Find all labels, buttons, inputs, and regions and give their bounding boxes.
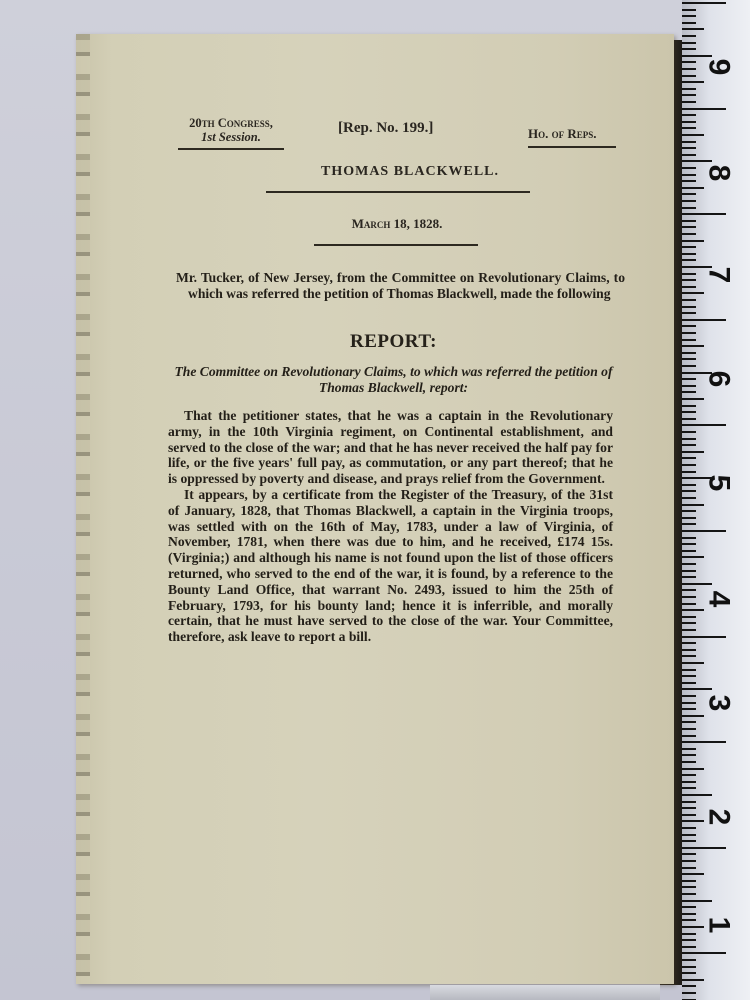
ruler-tick: [682, 748, 696, 750]
ruler-tick: [682, 794, 712, 796]
congress-session-label: 20th Congress, 1st Session.: [176, 116, 286, 144]
ruler-tick: [682, 543, 696, 545]
ruler-tick: [682, 603, 696, 605]
ruler-tick: [682, 814, 696, 816]
ruler-tick: [682, 636, 726, 638]
ruler-tick: [682, 787, 696, 789]
ruler-tick: [682, 325, 696, 327]
ruler-tick: [682, 273, 696, 275]
ruler-tick: [682, 834, 696, 836]
paragraph-petition: That the petitioner states, that he was …: [168, 408, 613, 487]
ruler-tick: [682, 55, 712, 57]
ruler-tick: [682, 735, 696, 737]
ruler-tick: [682, 695, 696, 697]
ruler-tick: [682, 985, 696, 987]
ruler-tick: [682, 286, 696, 288]
ruler-tick: [682, 266, 712, 268]
ruler-tick: [682, 900, 712, 902]
ruler-tick: [682, 94, 696, 96]
ruler-tick: [682, 451, 704, 453]
ruler-tick: [682, 715, 704, 717]
ruler-tick: [682, 457, 696, 459]
ruler-tick: [682, 880, 696, 882]
ruler-tick: [682, 609, 704, 611]
ruler-tick: [682, 207, 696, 209]
ruler-tick: [682, 649, 696, 651]
ruler-tick: [682, 893, 696, 895]
ruler-tick: [682, 299, 696, 301]
report-subheading: The Committee on Revolutionary Claims, t…: [172, 364, 615, 396]
ruler-tick: [682, 946, 696, 948]
house-label: Ho. of Reps.: [528, 126, 597, 142]
ruler-tick: [682, 477, 712, 479]
ruler-tick: [682, 490, 696, 492]
ruler-tick: [682, 873, 704, 875]
ruler-tick: [682, 669, 696, 671]
ruler-tick: [682, 807, 696, 809]
ruler-tick: [682, 365, 696, 367]
ruler-tick: [682, 9, 696, 11]
ruler-tick: [682, 820, 704, 822]
ruler-tick: [682, 682, 696, 684]
ruler-tick: [682, 563, 696, 565]
report-heading: REPORT:: [350, 331, 437, 353]
ruler-tick: [682, 345, 704, 347]
ruler-tick: [682, 352, 696, 354]
ruler-tick: [682, 959, 696, 961]
ruler-tick: [682, 418, 696, 420]
stand-base: [430, 985, 660, 1000]
ruler-label-8: 8: [701, 165, 735, 182]
header-left-rule: [178, 148, 284, 150]
ruler-tick: [682, 358, 696, 360]
ruler-tick: [682, 431, 696, 433]
ruler-label-2: 2: [701, 809, 735, 826]
ruler-tick: [682, 438, 696, 440]
ruler-tick: [682, 919, 696, 921]
ruler-tick: [682, 484, 696, 486]
ruler-tick: [682, 424, 726, 426]
ruler-label-7: 7: [701, 267, 735, 284]
ruler-tick: [682, 48, 696, 50]
ruler-tick: [682, 141, 696, 143]
ruler-tick: [682, 741, 726, 743]
ruler-tick: [682, 583, 712, 585]
ruler-tick: [682, 708, 696, 710]
ruler-tick: [682, 121, 696, 123]
ruler-tick: [682, 61, 696, 63]
ruler-tick: [682, 530, 726, 532]
ruler-tick: [682, 662, 704, 664]
ruler-tick: [682, 68, 696, 70]
ruler-tick: [682, 127, 696, 129]
ruler-tick: [682, 81, 704, 83]
ruler-tick: [682, 702, 696, 704]
ruler-label-3: 3: [701, 695, 735, 712]
report-subheading-text: The Committee on Revolutionary Claims, t…: [174, 364, 612, 395]
ruler-tick: [682, 160, 712, 162]
ruler-tick: [682, 556, 704, 558]
ruler-tick: [682, 576, 696, 578]
ruler-label-1: 1: [701, 917, 735, 934]
ruler-tick: [682, 781, 696, 783]
ruler-tick: [682, 114, 696, 116]
ruler-tick: [682, 616, 696, 618]
ruler-tick: [682, 933, 696, 935]
date-rule: [314, 244, 478, 246]
ruler-tick: [682, 913, 696, 915]
document-date: March 18, 1828.: [76, 216, 674, 232]
ruler-tick: [682, 655, 696, 657]
ruler-tick: [682, 570, 696, 572]
ruler-tick: [682, 398, 704, 400]
ruler-tick: [682, 35, 696, 37]
session-label: 1st Session.: [176, 130, 286, 144]
ruler-tick: [682, 761, 696, 763]
report-body: That the petitioner states, that he was …: [168, 408, 613, 645]
ruler-tick: [682, 391, 696, 393]
ruler-tick: [682, 754, 696, 756]
ruler-tick: [682, 675, 696, 677]
ruler-tick: [682, 847, 726, 849]
ruler-tick: [682, 497, 696, 499]
ruler-tick: [682, 952, 726, 954]
ruler-tick: [682, 167, 696, 169]
ruler-tick: [682, 537, 696, 539]
ruler-tick: [682, 464, 696, 466]
intro-paragraph: Mr. Tucker, of New Jersey, from the Comm…: [176, 270, 625, 302]
ruler-tick: [682, 411, 696, 413]
ruler-tick: [682, 108, 726, 110]
ruler-tick: [682, 510, 696, 512]
ruler-tick: [682, 728, 696, 730]
ruler-tick: [682, 768, 704, 770]
document-title: THOMAS BLACKWELL.: [76, 164, 674, 180]
paragraph-findings: It appears, by a certificate from the Re…: [168, 487, 613, 645]
ruler-tick: [682, 385, 696, 387]
ruler-tick: [682, 622, 696, 624]
ruler-tick: [682, 867, 696, 869]
ruler-tick: [682, 405, 696, 407]
ruler-tick: [682, 926, 704, 928]
ruler-tick: [682, 312, 696, 314]
ruler-tick: [682, 15, 696, 17]
ruler-tick: [682, 88, 696, 90]
ruler-tick: [682, 339, 696, 341]
ruler-tick: [682, 2, 726, 4]
ruler-tick: [682, 378, 696, 380]
ruler-label-4: 4: [701, 591, 735, 608]
ruler-tick: [682, 154, 696, 156]
ruler-tick: [682, 827, 696, 829]
ruler-tick: [682, 42, 696, 44]
ruler-tick: [682, 471, 696, 473]
ruler-tick: [682, 220, 696, 222]
ruler-tick: [682, 292, 704, 294]
ruler-label-9: 9: [701, 59, 735, 76]
ruler-tick: [682, 840, 696, 842]
ruler-tick: [682, 596, 696, 598]
ruler-tick: [682, 332, 696, 334]
ruler-tick: [682, 589, 696, 591]
ruler-tick: [682, 259, 696, 261]
congress-label: 20th Congress,: [176, 116, 286, 130]
ruler-tick: [682, 992, 696, 994]
title-rule: [266, 191, 530, 193]
ruler-tick: [682, 966, 696, 968]
ruler-tick: [682, 372, 712, 374]
ruler-tick: [682, 200, 696, 202]
ruler-tick: [682, 979, 704, 981]
ruler-tick: [682, 134, 704, 136]
ruler-tick: [682, 75, 696, 77]
ruler-tick: [682, 28, 704, 30]
ruler-tick: [682, 523, 696, 525]
ruler-tick: [682, 319, 726, 321]
ruler-tick: [682, 147, 696, 149]
ruler-tick: [682, 253, 696, 255]
ruler-tick: [682, 279, 696, 281]
ruler-tick: [682, 886, 696, 888]
ruler-tick: [682, 187, 704, 189]
ruler-tick: [682, 550, 696, 552]
ruler-tick: [682, 180, 696, 182]
ruler-tick: [682, 629, 696, 631]
report-number: [Rep. No. 199.]: [338, 120, 433, 137]
ruler-tick: [682, 174, 696, 176]
ruler-tick: [682, 688, 712, 690]
ruler-tick: [682, 22, 696, 24]
intro-text: Mr. Tucker, of New Jersey, from the Comm…: [176, 270, 625, 301]
measuring-ruler: 9 8 7 6 5 4 3 2 1: [682, 0, 750, 1000]
ruler-tick: [682, 246, 696, 248]
ruler-tick: [682, 240, 704, 242]
ruler-tick: [682, 721, 696, 723]
ruler-tick: [682, 939, 696, 941]
ruler-tick: [682, 444, 696, 446]
ruler-tick: [682, 972, 696, 974]
ruler-tick: [682, 853, 696, 855]
ruler-tick: [682, 504, 704, 506]
ruler-tick: [682, 213, 726, 215]
ruler-tick: [682, 774, 696, 776]
header-right-rule: [528, 146, 616, 148]
ruler-tick: [682, 233, 696, 235]
ruler-tick: [682, 860, 696, 862]
ruler-tick: [682, 906, 696, 908]
ruler-tick: [682, 193, 696, 195]
ruler-tick: [682, 517, 696, 519]
ruler-tick: [682, 801, 696, 803]
ruler-tick: [682, 226, 696, 228]
ruler-tick: [682, 306, 696, 308]
ruler-tick: [682, 101, 696, 103]
ruler-tick: [682, 642, 696, 644]
